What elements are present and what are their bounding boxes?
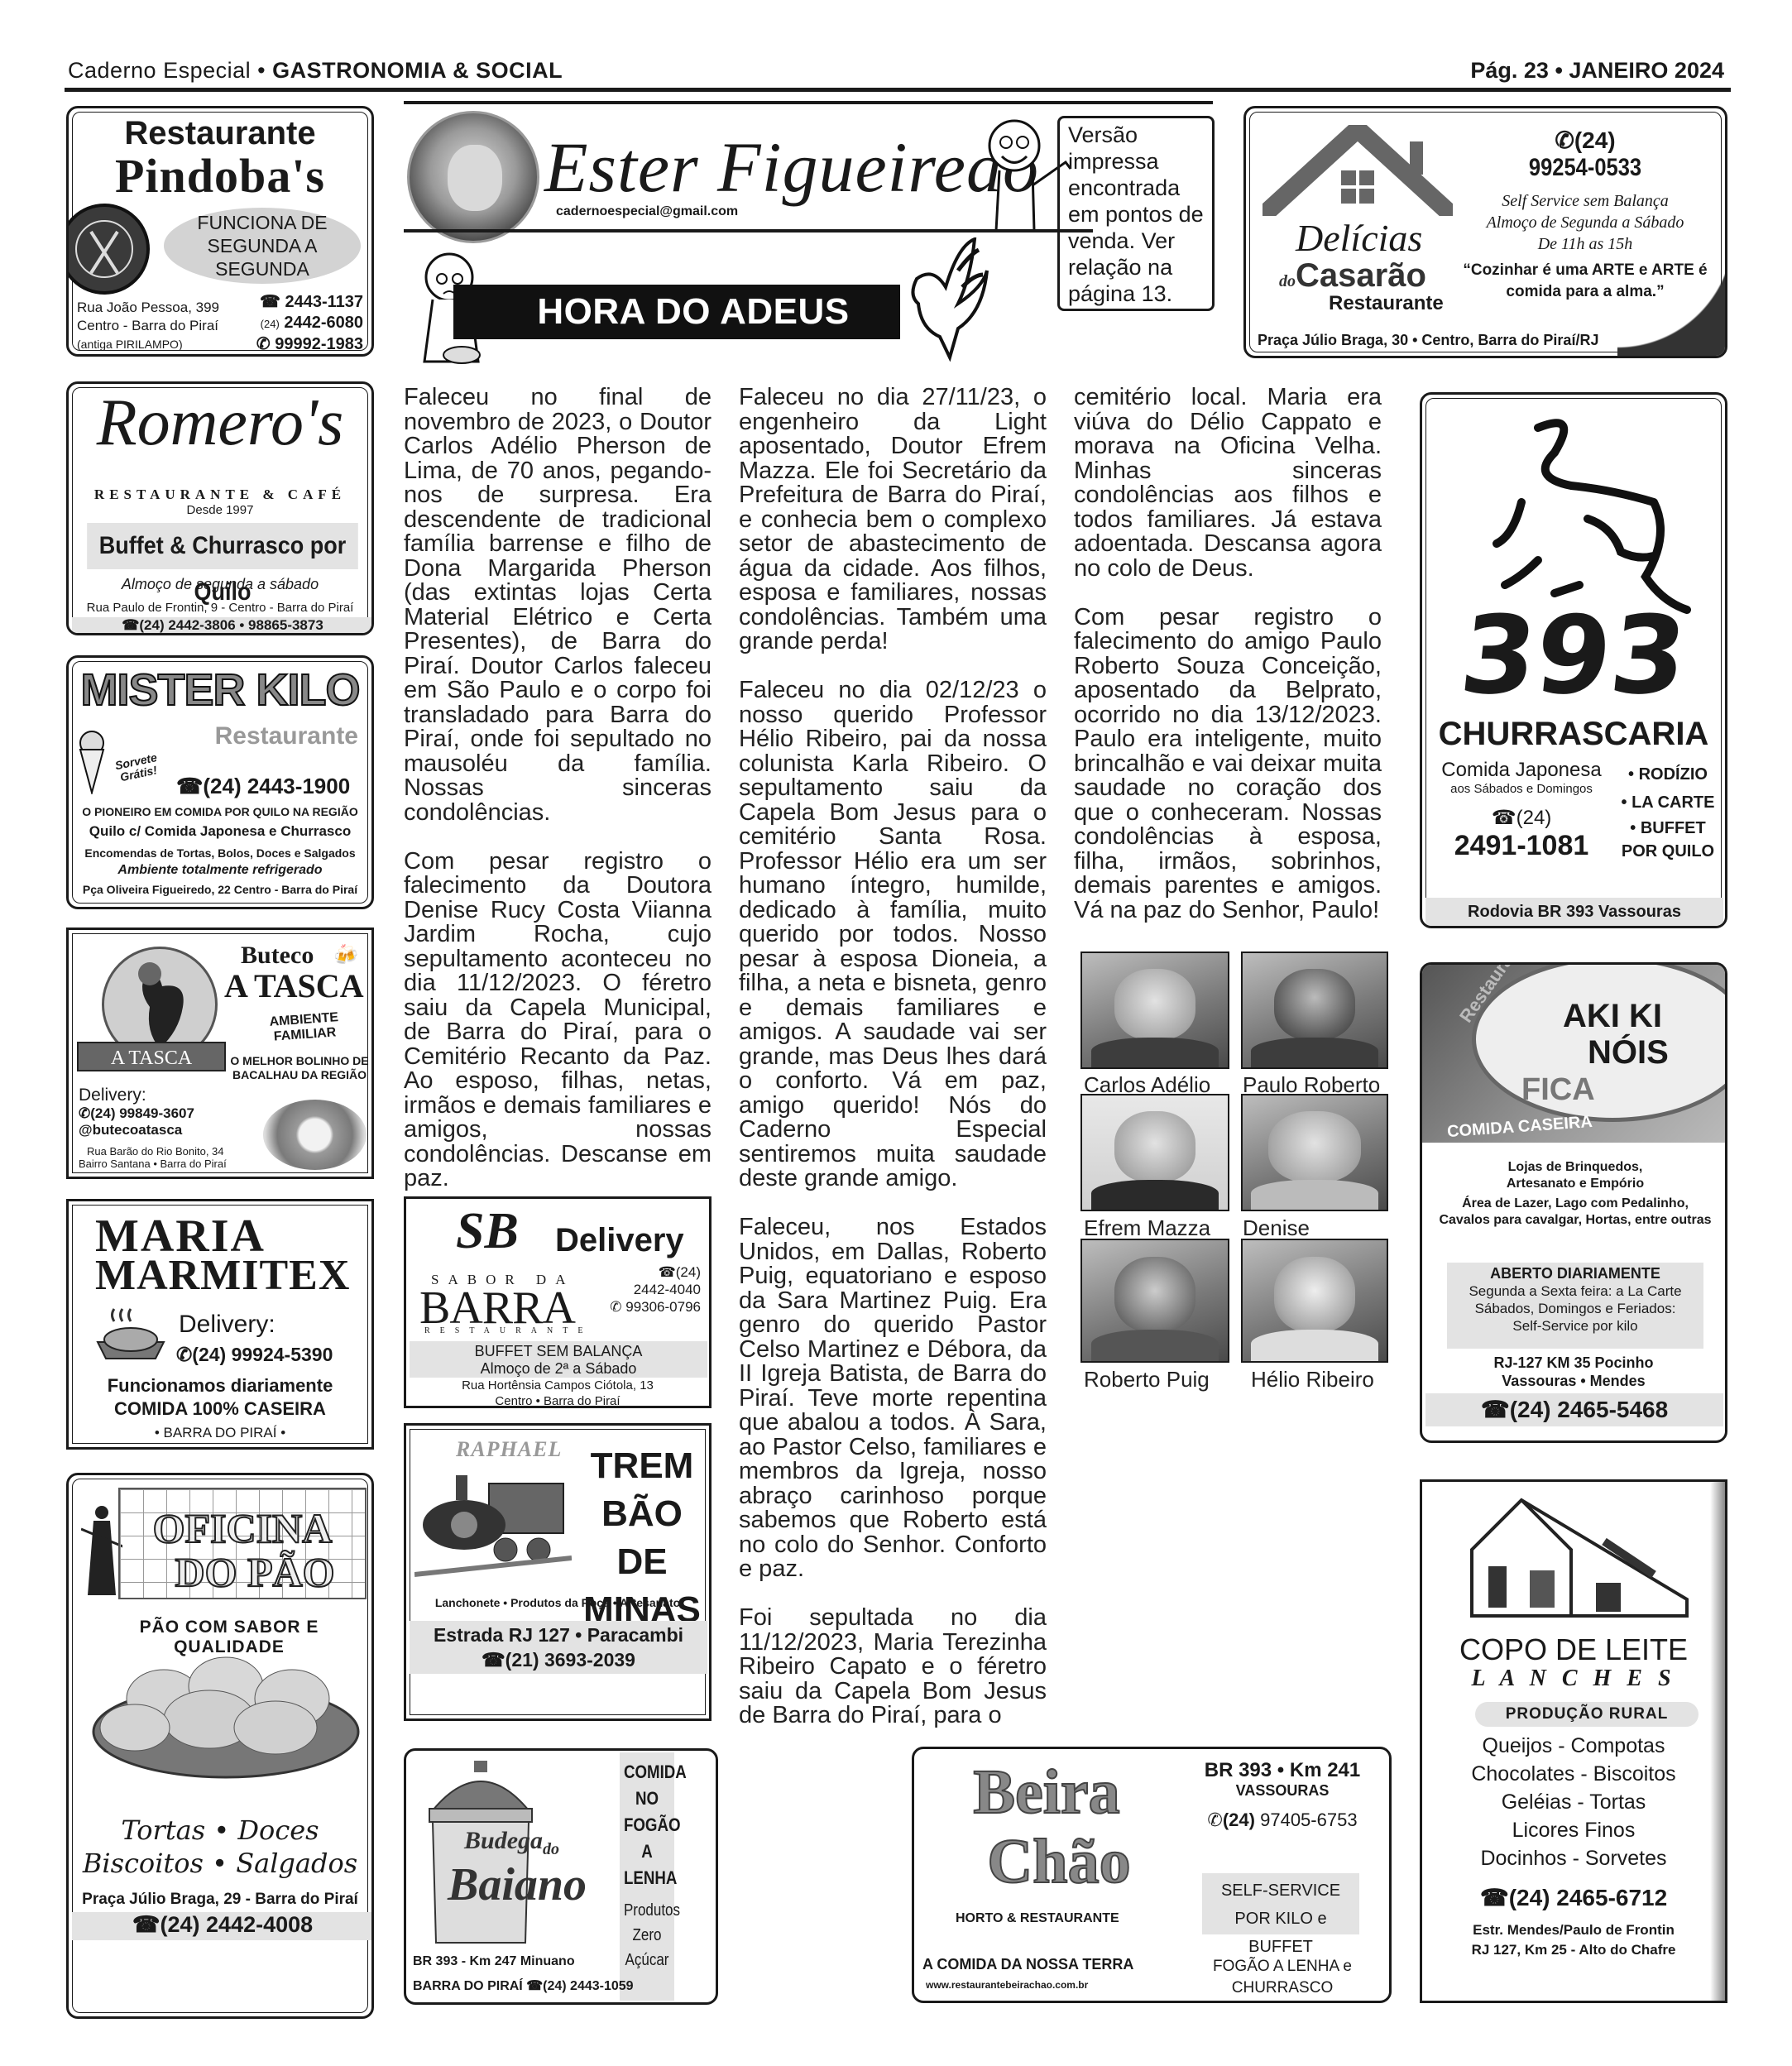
akikinois-open3: Self-Service por kilo — [1447, 1317, 1703, 1335]
trembao-services: Lanchonete • Produtos da Roça • Artesana… — [406, 1596, 709, 1609]
pindobas-whatsapp: ✆ 99992-1983 — [256, 334, 363, 355]
beer-mugs-icon: 🍻 — [333, 943, 358, 967]
obituary-denise-rocha: Com pesar registro o falecimento da Dout… — [404, 850, 712, 1191]
whatsapp-icon: ✆ — [256, 335, 275, 353]
churrascaria-ddd: ☎(24) — [1430, 806, 1612, 830]
phone-icon: ☎ — [526, 1979, 543, 1993]
pindobas-line1: Restaurante — [69, 115, 371, 152]
misterkilo-address: Pça Oliveira Figueiredo, 22 Centro - Bar… — [69, 883, 371, 896]
romeros-banner: Buffet & Churrasco por Quilo — [87, 523, 358, 569]
misterkilo-phone: ☎(24) 2443-1900 — [176, 774, 350, 799]
article-column-2: Faleceu no dia 27/11/23, o engenheiro da… — [739, 386, 1047, 1752]
photo-carlos-adelio — [1080, 952, 1229, 1069]
steam-train-icon — [414, 1467, 572, 1583]
header-divider — [65, 88, 1731, 92]
misterkilo-line1: O PIONEIRO EM COMIDA POR QUILO NA REGIÃO — [69, 805, 371, 818]
churrascaria-name: CHURRASCARIA — [1422, 716, 1725, 753]
phone-icon: ☎ — [1481, 1397, 1510, 1422]
oficina-items1: Tortas • Doces — [69, 1814, 371, 1846]
author-photo — [407, 111, 539, 243]
phone-icon: ☎ — [132, 1912, 161, 1937]
marmitex-line3: Funcionamos diariamente — [69, 1375, 371, 1397]
whatsapp-icon: ✆ — [610, 1299, 625, 1315]
whatsapp-icon: ✆ — [1555, 127, 1574, 153]
pindobas-phone1: ☎ 2443-1137 — [256, 292, 363, 313]
budega-address1: BR 393 - Km 247 Minuano — [413, 1949, 634, 1974]
phone-icon: ☎ — [482, 1649, 505, 1671]
oficina-phone: ☎(24) 2442-4008 — [72, 1912, 373, 1940]
sabordabarra-whatsapp: ✆ 99306-0796 — [610, 1298, 701, 1316]
ad-delicias-do-casarao[interactable]: Delícias doCasarão Restaurante ✆(24) 992… — [1243, 106, 1727, 358]
churrascaria-number: 393 — [1420, 602, 1727, 709]
misterkilo-line3: Encomendas de Tortas, Bolos, Doces e Sal… — [69, 846, 371, 860]
sabordabarra-restaurante: RESTAURANTE — [424, 1326, 592, 1335]
section-header: Caderno Especial • GASTRONOMIA & SOCIAL — [68, 58, 563, 84]
copodeleite-phone: ☎(24) 2465-6712 — [1422, 1884, 1725, 1911]
akikinois-open1: Segunda a Sexta feira: a La Carte — [1447, 1282, 1703, 1300]
copodeleite-item: Docinhos - Sorvetes — [1422, 1844, 1725, 1872]
ad-churrascaria-393[interactable]: 393 CHURRASCARIA Comida Japonesa aos Sáb… — [1420, 392, 1727, 928]
romeros-sub: RESTAURANTE & CAFÉ — [69, 487, 371, 503]
atasca-line1: Buteco — [241, 942, 314, 970]
sabordabarra-address2: Centro • Barra do Piraí — [406, 1393, 709, 1408]
budega-side1: COMIDA NO FOGÃO A LENHA — [624, 1759, 670, 1891]
ad-pindobas[interactable]: Restaurante Pindoba's FUNCIONA DE SEGUND… — [66, 106, 374, 357]
phone-icon: ☎ — [1492, 807, 1516, 829]
marmitex-whatsapp: ✆(24) 99924-5390 — [176, 1344, 333, 1366]
casarao-corner-swoosh — [1617, 232, 1725, 356]
copodeleite-name: COPO DE LEITE — [1422, 1632, 1725, 1667]
pindobas-address: Rua João Pessoa, 399 — [77, 299, 219, 317]
atasca-address1: Rua Barão do Rio Bonito, 34 — [79, 1145, 227, 1158]
codfish-balls-photo — [263, 1100, 367, 1170]
akikinois-line2: NÓIS — [1588, 1034, 1669, 1071]
baker-silhouette-icon — [81, 1504, 122, 1599]
beirachao-website[interactable]: www.restaurantebeirachao.com.br — [926, 1979, 1088, 1991]
atasca-tag: AMBIENTE FAMILIAR — [258, 1009, 351, 1046]
phone-icon: ☎ — [176, 774, 203, 798]
obituary-maria-terezinha: Foi sepultada no dia 11/12/2023, Maria T… — [739, 1606, 1047, 1728]
print-notice-text: Versão impressa encontrada em pontos de … — [1068, 122, 1204, 307]
caption-denise: Denise — [1243, 1215, 1310, 1241]
obituary-roberto-puig: Faleceu, nos Estados Unidos, em Dallas, … — [739, 1215, 1047, 1582]
sabordabarra-phone: 2442-4040 — [610, 1281, 701, 1298]
copodeleite-item: Geléias - Tortas — [1422, 1788, 1725, 1816]
atasca-name: A TASCA — [224, 966, 364, 1005]
ad-trem-bao-de-minas[interactable]: RAPHAEL TREM BÃO DE MINAS Lanchonete • P… — [404, 1423, 712, 1721]
churrascaria-opt1: • RODÍZIO — [1614, 760, 1722, 789]
caption-roberto-puig: Roberto Puig — [1084, 1367, 1210, 1393]
churrascaria-line1: Comida Japonesa — [1430, 759, 1612, 782]
atasca-ribbon: A TASCA — [77, 1042, 226, 1071]
casarao-whatsapp-ddd: ✆(24) — [1453, 127, 1718, 154]
misterkilo-line2: Quilo c/ Comida Japonesa e Churrasco — [69, 823, 371, 840]
caption-efrem-mazza: Efrem Mazza — [1084, 1215, 1210, 1241]
ad-maria-marmitex[interactable]: MARIA MARMITEX Delivery: ✆(24) 99924-539… — [66, 1199, 374, 1450]
ad-copo-de-leite[interactable]: COPO DE LEITE L A N C H E S PRODUÇÃO RUR… — [1420, 1479, 1727, 2003]
sabordabarra-monogram: SB — [456, 1202, 519, 1261]
pindobas-name: Pindoba's — [69, 148, 371, 204]
beirachao-location1: BR 393 • Km 241 — [1179, 1759, 1386, 1782]
atasca-instagram: @butecoatasca — [79, 1122, 227, 1138]
casarao-logo-script: Delícias — [1296, 216, 1422, 260]
copodeleite-address2: RJ 127, Km 25 - Alto do Chafre — [1422, 1940, 1725, 1960]
ad-romeros[interactable]: Romero's RESTAURANTE & CAFÉ Desde 1997 B… — [66, 381, 374, 635]
article-column-3: cemitério local. Maria era viúva do Déli… — [1074, 386, 1382, 947]
akikinois-address1: RJ-127 KM 35 Pocinho — [1422, 1354, 1725, 1372]
article-column-1: Faleceu no final de novembro de 2023, o … — [404, 386, 712, 1215]
akikinois-line3: FICA — [1521, 1072, 1595, 1108]
section-topic: GASTRONOMIA & SOCIAL — [272, 58, 563, 83]
trembao-brand: RAPHAEL — [456, 1437, 562, 1462]
author-name: Ester Figueiredo — [544, 126, 1039, 209]
obituary-paulo-roberto: Com pesar registro o falecimento do amig… — [1074, 606, 1382, 923]
copodeleite-item: Licores Finos — [1422, 1816, 1725, 1844]
beirachao-whatsapp: ✆(24) 97405-6753 — [1179, 1810, 1386, 1831]
photo-roberto-puig — [1080, 1239, 1229, 1363]
akikinois-phone: ☎(24) 2465-5468 — [1425, 1393, 1723, 1426]
beirachao-slogan: A COMIDA DA NOSSA TERRA — [922, 1956, 1133, 1973]
pindobas-phone2: (24) 2442-6080 — [256, 313, 363, 334]
marmitex-delivery: Delivery: — [179, 1311, 276, 1339]
budega-logo1: Budegado — [464, 1827, 559, 1859]
marmitex-city: • BARRA DO PIRAÍ • — [69, 1425, 371, 1441]
misterkilo-line4: Ambiente totalmente refrigerado — [69, 863, 371, 878]
romeros-hours: Almoço de segunda a sábado — [69, 576, 371, 593]
oficina-line1: OFICINA — [118, 1504, 367, 1552]
column-header: Ester Figueiredo cadernoespecial@gmail.c… — [404, 101, 1215, 374]
churrascaria-opt2: • LA CARTE — [1614, 789, 1722, 817]
beirachao-extra: FOGÃO A LENHA e CHURRASCO — [1200, 1956, 1365, 1999]
beirachao-banner: SELF-SERVICE POR KILO e BUFFET — [1202, 1873, 1359, 1934]
churrascaria-address: Rodovia BR 393 Vassouras — [1425, 898, 1723, 926]
sabordabarra-address1: Rua Hortênsia Campos Ciótola, 13 — [406, 1378, 709, 1393]
budega-logo3: Baiano — [448, 1858, 587, 1911]
pindobas-logo-icon — [66, 204, 150, 295]
obituary-maria-terezinha-cont: cemitério local. Maria era viúva do Déli… — [1074, 386, 1382, 581]
column-title: HORA DO ADEUS — [486, 285, 900, 339]
photo-efrem-mazza — [1080, 1094, 1229, 1211]
casarao-logo-sub: Restaurante — [1329, 292, 1444, 315]
beirachao-logo-sub: HORTO & RESTAURANTE — [956, 1911, 1119, 1926]
akikinois-open2: Sábados, Domingos e Feriados: — [1447, 1300, 1703, 1317]
pindobas-badge: FUNCIONA DE SEGUNDA A SEGUNDA — [164, 208, 361, 284]
oficina-items2: Biscoitos • Salgados — [69, 1848, 371, 1879]
atasca-delivery: Delivery: — [79, 1086, 227, 1105]
atasca-whatsapp: ✆(24) 99849-3607 — [79, 1105, 227, 1122]
print-notice-box: Versão impressa encontrada em pontos de … — [1057, 116, 1215, 311]
photo-paulo-roberto — [1241, 952, 1388, 1069]
marmitex-line4: COMIDA 100% CASEIRA — [69, 1398, 371, 1420]
ad-aki-ki-nois-fica[interactable]: Restaurante AKI KI NÓIS FICA COMIDA CASE… — [1420, 962, 1727, 1443]
ad-oficina-do-pao[interactable]: OFICINA DO PÃO PÃO COM SABOR E QUALIDADE… — [66, 1473, 374, 2019]
atasca-address2: Bairro Santana • Barra do Piraí — [79, 1158, 227, 1170]
copodeleite-item: Chocolates - Biscoitos — [1422, 1760, 1725, 1788]
sabordabarra-delivery: Delivery — [555, 1222, 684, 1259]
trembao-line1: TREM — [572, 1442, 712, 1490]
beirachao-location2: VASSOURAS — [1179, 1782, 1386, 1800]
ad-budega-do-baiano[interactable]: Budegado Baiano COMIDA NO FOGÃO A LENHA … — [404, 1748, 718, 2005]
ad-beira-chao[interactable]: Beira Chão HORTO & RESTAURANTE BR 393 • … — [912, 1747, 1392, 2003]
dove-icon — [900, 237, 991, 362]
casarao-line1: Self Service sem Balança — [1453, 190, 1718, 212]
cottage-sketch-icon — [1455, 1492, 1703, 1624]
whatsapp-icon: ✆ — [176, 1344, 192, 1365]
casarao-whatsapp: 99254-0533 — [1473, 154, 1698, 182]
bread-basket-photo — [85, 1649, 367, 1790]
photo-helio-ribeiro — [1241, 1239, 1388, 1363]
obituary-efrem-mazza: Faleceu no dia 27/11/23, o engenheiro da… — [739, 386, 1047, 654]
whatsapp-icon: ✆ — [79, 1105, 90, 1121]
page-info: Pág. 23 • JANEIRO 2024 — [1470, 58, 1724, 84]
ad-sabor-da-barra[interactable]: SB Delivery SABOR DA BARRA RESTAURANTE ☎… — [404, 1196, 712, 1408]
header-top-rule — [404, 101, 1213, 104]
copodeleite-address1: Estr. Mendes/Paulo de Frontin — [1422, 1920, 1725, 1940]
romeros-phones: ☎(24) 2442-3806 • 98865-3873 — [72, 617, 373, 635]
romeros-address: Rua Paulo de Frontin, 9 - Centro - Barra… — [69, 601, 371, 615]
akikinois-info2: Área de Lazer, Lago com Pedalinho, Caval… — [1439, 1196, 1712, 1229]
copodeleite-sub: L A N C H E S — [1422, 1666, 1725, 1692]
romeros-name: Romero's — [69, 386, 371, 461]
author-email: cadernoespecial@gmail.com — [556, 204, 738, 219]
akikinois-info1: Lojas de Brinquedos, Artesanato e Empóri… — [1439, 1159, 1712, 1192]
copodeleite-badge: PRODUÇÃO RURAL — [1475, 1702, 1699, 1727]
casarao-address: Praça Júlio Braga, 30 • Centro, Barra do… — [1258, 332, 1598, 349]
oficina-line2: DO PÃO — [135, 1548, 374, 1596]
churrascaria-line2: aos Sábados e Domingos — [1430, 782, 1612, 796]
obituary-helio-ribeiro: Faleceu no dia 02/12/23 o nosso querido … — [739, 678, 1047, 1191]
sabordabarra-banner: BUFFET SEM BALANÇA Almoço de 2ª a Sábado — [410, 1341, 707, 1378]
whatsapp-icon: ✆ — [1207, 1810, 1222, 1830]
ad-mister-kilo[interactable]: MISTER KILO Restaurante Sorvete Grátis! … — [66, 655, 374, 909]
phone-icon: ☎ — [260, 293, 285, 311]
trembao-line2: BÃO DE — [572, 1490, 712, 1586]
copodeleite-item: Queijos - Compotas — [1422, 1732, 1725, 1760]
atasca-slogan: O MELHOR BOLINHO DE BACALHAU DA REGIÃO — [226, 1054, 373, 1082]
phone-icon: ☎ — [659, 1264, 676, 1280]
section-name: Caderno Especial — [68, 58, 251, 83]
sabordabarra-ddd: ☎(24) — [610, 1263, 701, 1281]
casarao-line2: Almoço de Segunda a Sábado — [1453, 212, 1718, 233]
churrascaria-opt3: • BUFFET POR QUILO — [1614, 817, 1722, 863]
churrascaria-phone: 2491-1081 — [1430, 830, 1612, 862]
header-mid-rule — [404, 229, 1093, 232]
ad-a-tasca[interactable]: A TASCA Buteco 🍻 A TASCA AMBIENTE FAMILI… — [66, 928, 374, 1179]
phone-icon: ☎ — [122, 617, 139, 633]
trembao-contact: Estrada RJ 127 • Paracambi ☎(21) 3693-20… — [410, 1621, 707, 1674]
misterkilo-name: MISTER KILO — [69, 664, 371, 716]
house-logo-icon — [1263, 125, 1453, 216]
romeros-since: Desde 1997 — [69, 503, 371, 517]
akikinois-address2: Vassouras • Mendes — [1422, 1372, 1725, 1390]
akikinois-open-title: ABERTO DIARIAMENTE — [1447, 1265, 1703, 1282]
oficina-address: Praça Júlio Braga, 29 - Barra do Piraí — [69, 1891, 371, 1909]
beirachao-logo: Beira Chão — [931, 1757, 1162, 1896]
phone-icon: ☎ — [1480, 1885, 1509, 1910]
casarao-logo-name: doCasarão — [1279, 257, 1426, 295]
misterkilo-sub: Restaurante — [215, 722, 358, 750]
akikinois-line1: AKI KI — [1563, 998, 1662, 1035]
photo-denise — [1241, 1094, 1388, 1211]
steaming-dish-icon — [93, 1305, 168, 1363]
marmitex-line2: MARMITEX — [95, 1251, 350, 1300]
obituary-carlos-adelio: Faleceu no final de novembro de 2023, o … — [404, 386, 712, 825]
ice-cream-icon — [75, 728, 108, 794]
caption-helio-ribeiro: Hélio Ribeiro — [1251, 1367, 1374, 1393]
budega-address2: BARRA DO PIRAÍ ☎(24) 2443-1059 — [413, 1974, 634, 1999]
